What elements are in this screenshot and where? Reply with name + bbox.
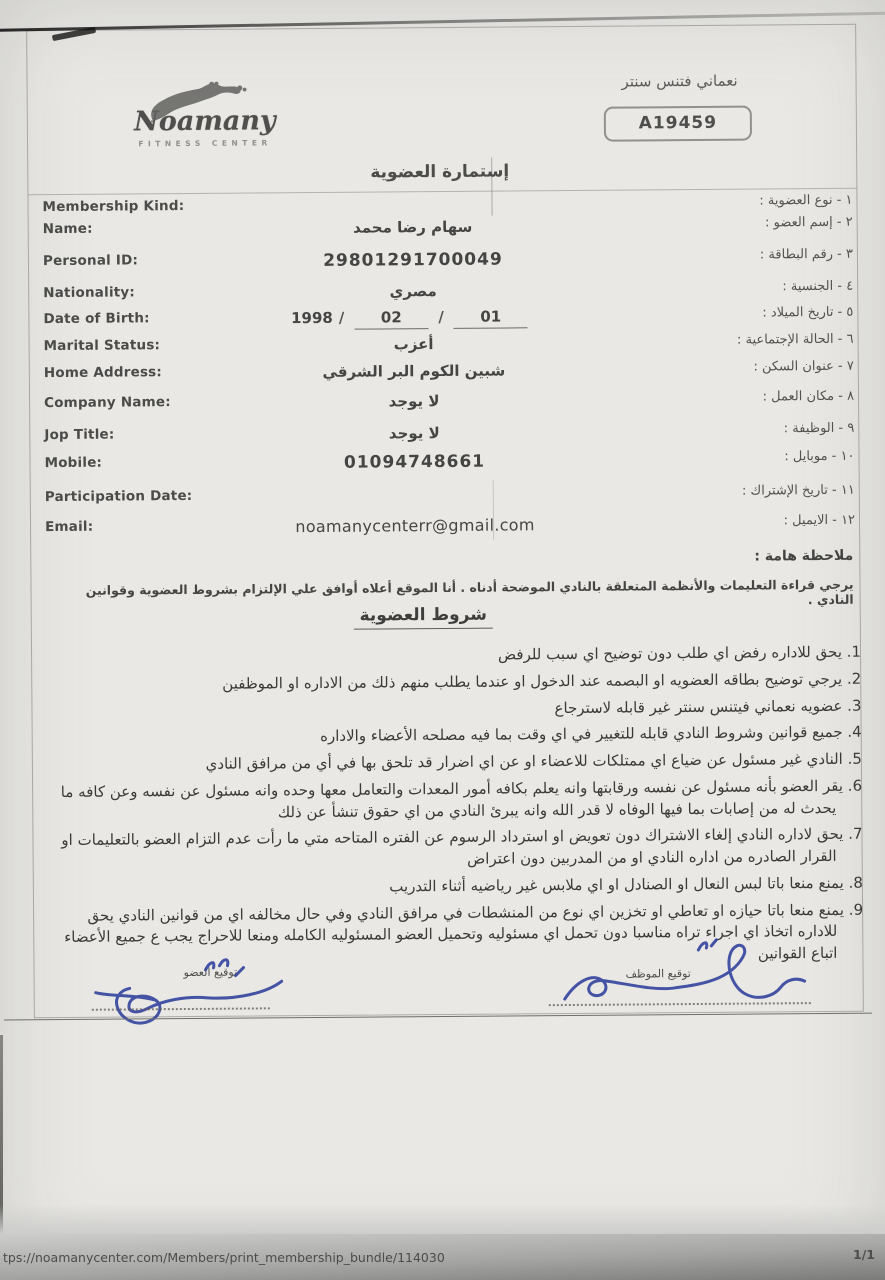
scanned-membership-form: Noamany FITNESS CENTER نعماني فتنس سنتر … — [0, 0, 885, 1280]
field-label-ar: ٢ - إسم العضو : — [765, 215, 853, 231]
scan-shadow — [0, 1204, 885, 1234]
document-content: Noamany FITNESS CENTER نعماني فتنس سنتر … — [0, 0, 885, 1280]
term-item: 7. يحق لاداره النادي إلغاء الاشتراك دون … — [50, 824, 862, 874]
field-value: noamanycenterr@gmail.com — [215, 515, 615, 537]
field-label-en: Date of Birth: — [43, 310, 149, 327]
member-signature-ink — [85, 949, 296, 1036]
field-label-ar: ١٢ - الايميل : — [784, 513, 855, 529]
field-label-ar: ٨ - مكان العمل : — [763, 389, 855, 405]
field-label-en: Participation Date: — [45, 488, 193, 505]
employee-signature-ink — [548, 935, 819, 1022]
membership-code-badge: A19459 — [604, 106, 752, 142]
field-label-ar: ٩ - الوظيفة : — [784, 421, 855, 437]
field-value-dob: 1998/02/01 — [213, 307, 613, 331]
field-label-en: Membership Kind: — [42, 198, 184, 215]
field-value: شبين الكوم البر الشرقي — [214, 361, 614, 382]
field-label-en: Mobile: — [44, 455, 102, 471]
field-value: سهام رضا محمد — [213, 217, 613, 238]
field-label-ar: ٣ - رقم البطاقة : — [760, 247, 853, 263]
field-label-en: Home Address: — [44, 364, 162, 381]
field-label-en: Personal ID: — [43, 252, 138, 269]
club-name-arabic: نعماني فتنس سنتر — [604, 72, 754, 91]
field-label-ar: ٤ - الجنسية : — [782, 279, 853, 295]
field-label-en: Nationality: — [43, 284, 135, 301]
footer-url: tps://noamanycenter.com/Members/print_me… — [3, 1250, 445, 1265]
important-note-heading: ملاحظة هامة : — [754, 548, 853, 565]
dob-day: 01 — [454, 307, 528, 329]
field-label-ar: ٦ - الحالة الإجتماعية : — [737, 332, 854, 348]
field-label-en: Company Name: — [44, 394, 171, 411]
term-item: 3. عضويه نعماني فيتنس سنتر غير قابله لاس… — [49, 695, 861, 723]
field-label-ar: ١ - نوع العضوية : — [759, 193, 852, 209]
field-value: أعزب — [214, 334, 614, 355]
gym-logo: Noamany FITNESS CENTER — [115, 81, 296, 148]
field-value: لا يوجد — [214, 423, 614, 444]
field-value: لا يوجد — [214, 391, 614, 412]
field-value: 29801291700049 — [213, 249, 613, 272]
logo-tagline: FITNESS CENTER — [115, 138, 295, 148]
panther-logo-icon — [145, 81, 249, 122]
term-item: 5. النادي غير مسئول عن ضياع اي ممتلكات ل… — [50, 749, 862, 777]
page-number: 1/1 — [853, 1247, 875, 1262]
term-item: 8. يمنع منعا باتا لبس النعال او الصنادل … — [51, 872, 863, 900]
term-item: 6. يقر العضو بأنه مسئول عن نفسه ورقابتها… — [50, 775, 862, 825]
term-item: 2. يرجي توضيح بطاقه العضويه او البصمه عن… — [49, 668, 861, 696]
field-label-en: Marital Status: — [44, 337, 161, 354]
field-label-ar: ٥ - تاريخ الميلاد : — [762, 305, 853, 321]
field-label-ar: ١٠ - موبايل : — [784, 449, 854, 465]
field-label-en: Jop Title: — [44, 427, 114, 444]
field-value: 01094748661 — [214, 451, 614, 474]
term-item: 4. جميع قوانين وشروط النادي قابله للتغيي… — [50, 722, 862, 750]
dob-month: 02 — [354, 308, 428, 330]
terms-list: 1. يحق للاداره رفض اي طلب دون توضيح اي س… — [49, 642, 864, 976]
field-label-en: Name: — [43, 221, 93, 237]
dob-year: 1998 — [291, 309, 333, 327]
field-label-en: Email: — [45, 519, 93, 535]
field-label-ar: ١١ - تاريخ الإشتراك : — [742, 483, 855, 499]
dob-separator: / — [438, 308, 444, 326]
field-label-ar: ٧ - عنوان السكن : — [753, 359, 854, 375]
field-value: مصري — [213, 281, 613, 302]
dob-separator: / — [339, 309, 345, 327]
